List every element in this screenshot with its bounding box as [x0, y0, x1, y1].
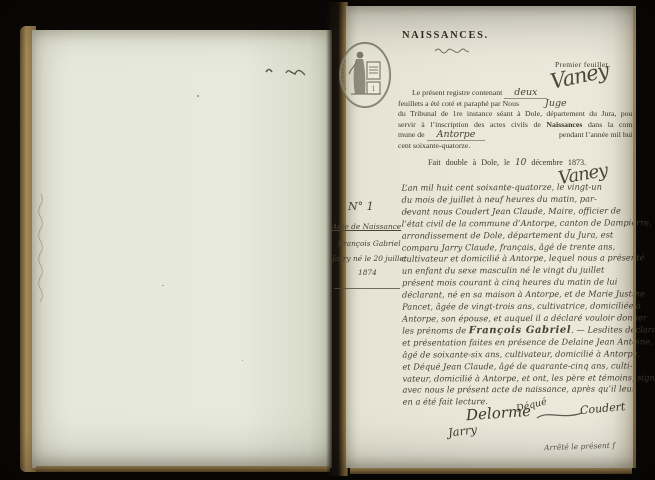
margin-year: 1874 — [358, 268, 377, 277]
justice-stamp-icon: 1 — [337, 40, 393, 110]
margin-rule — [334, 288, 400, 289]
naissances-bold: Naissances — [546, 120, 582, 129]
signature-coudert: Coudert — [580, 400, 626, 417]
hand-insert-commune: Antorpe — [427, 129, 486, 141]
signature-swash-icon — [536, 408, 584, 422]
signature-jarry: Jarry — [447, 422, 477, 439]
hand-insert-feuillet-count: deux — [504, 87, 547, 99]
stamp-number: 1 — [372, 84, 376, 93]
right-page-bottom-edge — [350, 468, 632, 474]
page-title: NAISSANCES. — [402, 30, 489, 41]
stray-ink-scribble-icon — [264, 64, 314, 78]
act-lines-first: L’an mil huit cent soixante-quatorze, le… — [401, 181, 638, 325]
margin-birth-date: Jarry né le 20 juillet — [332, 254, 407, 263]
faint-vertical-inscription-icon — [36, 190, 46, 310]
left-page — [32, 30, 332, 468]
birth-act-text: L’an mil huit cent soixante-quatorze, le… — [401, 181, 638, 408]
closing-note: Arrêté le présent f — [544, 441, 615, 452]
hand-insert-qualite: Juge — [545, 99, 567, 110]
left-page-bottom-edge — [36, 466, 330, 472]
book-scan: NAISSANCES. 1 Premier feuillet. Vaney Le… — [0, 0, 655, 480]
act-lines-last: et présentation faites en présence de De… — [402, 336, 638, 409]
act-name-line: les prénoms de François Gabriel. — Lesdi… — [402, 324, 638, 337]
margin-act-title: Acte de Naissance — [332, 222, 401, 231]
margin-child-name: François Gabriel — [338, 239, 401, 248]
intro-line-5: mune de Antorpe pendant l’année mil huit — [398, 130, 635, 141]
hand-insert-day: 10 — [515, 158, 526, 168]
typographic-flourish-icon — [434, 46, 470, 55]
act-number: N° 1 — [348, 200, 374, 213]
intro-line-6: cent soixante-quatorze. — [398, 141, 635, 152]
intro-line-3: du Tribunal de 1re instance séant à Dole… — [398, 109, 635, 120]
register-page: NAISSANCES. 1 Premier feuillet. Vaney Le… — [346, 6, 636, 468]
right-page-right-edge — [633, 8, 636, 468]
child-full-name: François Gabriel — [469, 325, 572, 337]
intro-line-2: feuillets a été coté et paraphé par Nous… — [398, 99, 635, 110]
intro-line-1: Le présent registre contenant deux — [398, 88, 635, 99]
printed-intro: Le présent registre contenant deux feuil… — [398, 88, 635, 152]
